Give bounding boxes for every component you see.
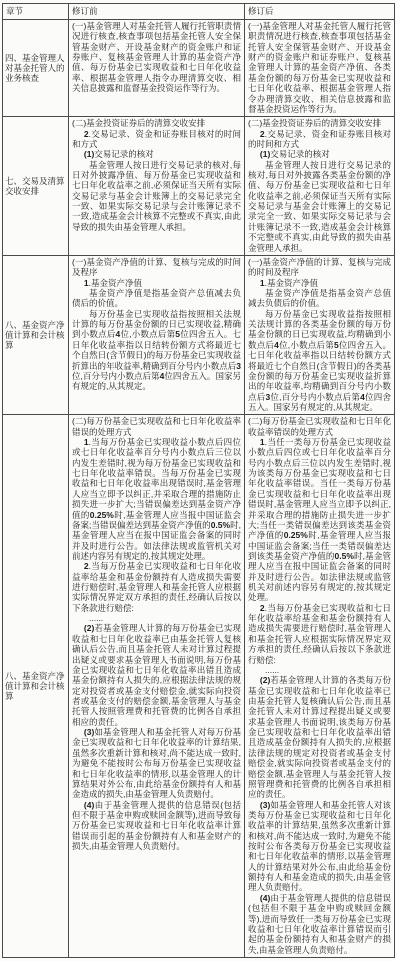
bold-text: 0.5% xyxy=(211,520,230,530)
paragraph: (二)基金投资证券后的清算交收安排 xyxy=(248,118,391,128)
bold-text: 1 xyxy=(84,278,89,288)
paragraph: 2.当每万份基金已实现收益和七日年化收益率给基金和基金份额持有人造成损失需要进行… xyxy=(248,603,391,665)
section-cell: 八、基金资产净值计算和会计核算 xyxy=(3,415,69,958)
after-cell: (一)基金管理人对基金托管人履行托管职责情况进行核查,核查事项包括基金托管人安全… xyxy=(245,20,395,117)
paragraph: (二)基金投资证券后的清算交收安排 xyxy=(72,118,241,128)
after-cell: (二)每万份基金已实现收益和七日年化收益率错误的处理方式1.当任一类每万份基金已… xyxy=(245,415,395,958)
section-cell: 七、交易及清算交收安排 xyxy=(3,117,69,256)
paragraph: (1)交易记录的核对 xyxy=(72,149,241,159)
paragraph: ...... xyxy=(72,613,241,623)
bold-text: (2) xyxy=(84,623,94,633)
bold-text: 1 xyxy=(84,437,89,447)
column-header-before: 修订前 xyxy=(69,4,245,20)
bold-text: 4 xyxy=(160,371,165,381)
paragraph: 2.当每万份基金已实现收益和七日年化收益率给基金和基金份额持有人造成损失需要进行… xyxy=(72,561,241,613)
bold-text: (4) xyxy=(260,893,270,903)
revision-table-body: 四、基金管理人对基金托管人的业务核查(一)基金管理人对基金托管人履行托管职责情况… xyxy=(3,20,395,958)
bold-text: (1) xyxy=(84,149,94,159)
bold-text: 0.25% xyxy=(90,510,114,520)
bold-text: 0.5% xyxy=(335,551,354,561)
bold-text: 5 xyxy=(175,329,180,339)
after-cell: (一)基金资产净值的计算、复核与完成的时间及程序1.基金资产净值基金资产净值是指… xyxy=(245,255,395,414)
bold-text: 2 xyxy=(260,129,265,139)
bold-text: 1 xyxy=(260,278,265,288)
bold-text: 4 xyxy=(360,392,365,402)
paragraph: 1.当每万份基金已实现收益小数点后四位或七日年化收益率百分号内小数点后三位以内发… xyxy=(72,437,241,561)
bold-text: (3) xyxy=(260,800,270,810)
paragraph: (2)若基金管理人计算的各类每万份基金已实现收益和七日年化收益率已由基金托管人复… xyxy=(248,675,391,799)
paragraph: 2.交易记录、资金和证券账目核对的时间和方式 xyxy=(72,129,241,150)
bold-text: 2 xyxy=(84,129,89,139)
bold-text: 5 xyxy=(334,340,339,350)
section-cell: 四、基金管理人对基金托管人的业务核查 xyxy=(3,20,69,117)
table-header-row: 章节 修订前 修订后 xyxy=(3,4,395,20)
bold-text: 4 xyxy=(116,329,121,339)
bold-text: (2) xyxy=(260,675,270,685)
before-cell: (二)基金投资证券后的清算交收安排2.交易记录、资金和证券账目核对的时间和方式(… xyxy=(69,117,245,256)
bold-text: (1) xyxy=(260,149,270,159)
before-cell: (二)每万份基金已实现收益和七日年化收益率错误的处理方式1.当每万份基金已实现收… xyxy=(69,415,245,958)
bold-text: 2 xyxy=(260,603,265,613)
before-cell: (一)基金资产净值的计算、复核与完成的时间及程序1.基金资产净值基金资产净值是指… xyxy=(69,255,245,414)
column-header-section: 章节 xyxy=(3,4,69,20)
table-row: 四、基金管理人对基金托管人的业务核查(一)基金管理人对基金托管人履行托管职责情况… xyxy=(3,20,395,117)
bold-text: 3 xyxy=(265,392,270,402)
paragraph: (3)如基金管理人和基金托管人对每万份基金已实现收益和七日年化收益率的计算结果,… xyxy=(72,727,241,800)
bold-text: 1 xyxy=(260,437,265,447)
paragraph: (二)每万份基金已实现收益和七日年化收益率错误的处理方式 xyxy=(248,416,391,437)
page: 章节 修订前 修订后 四、基金管理人对基金托管人的业务核查(一)基金管理人对基金… xyxy=(2,3,394,958)
paragraph: 每万份基金已实现收益指按照相关法规计算的各类基金份额的每万份基金份额的日已实现收… xyxy=(248,309,391,413)
paragraph: ...... xyxy=(248,665,391,675)
column-header-after: 修订后 xyxy=(245,4,395,20)
paragraph: 基金资产净值是指基金资产总值减去负债后的价值。 xyxy=(72,288,241,309)
paragraph: (一)基金管理人对基金托管人履行托管职责情况进行核查,核查事项包括基金托管人安全… xyxy=(248,21,391,114)
paragraph: (二)每万份基金已实现收益和七日年化收益率错误的处理方式 xyxy=(72,416,241,437)
paragraph: 基金管理人按日进行交易记录的核对,每日对外披露净值、每万份基金已实现收益和七日年… xyxy=(72,160,241,233)
paragraph: 1.基金资产净值 xyxy=(72,278,241,288)
after-cell: (二)基金投资证券后的清算交收安排2.交易记录、资金和证券账目核对的时间和方式(… xyxy=(245,117,395,256)
paragraph: (2)若基金管理人计算的每万份基金已实现收益和七日年化收益率已由基金托管人复核确… xyxy=(72,623,241,727)
section-cell: 八、基金资产净值计算和会计核算 xyxy=(3,255,69,414)
paragraph: 基金管理人按日进行交易记录的核对,每日对外披露各类基金份额的净值、每万份基金已实… xyxy=(248,160,391,253)
paragraph: (4)由于基金管理人提供的信息错误(包括但不限于基金申购或赎回金额等),进而导致… xyxy=(248,893,391,955)
paragraph: (1)交易记录的核对 xyxy=(248,149,391,159)
paragraph: (一)基金资产净值的计算、复核与完成的时间及程序 xyxy=(248,257,391,278)
paragraph: 1.当任一类每万份基金已实现收益小数点后四位或七日年化收益率百分号内小数点后三位… xyxy=(248,437,391,603)
bold-text: 0.25% xyxy=(284,530,308,540)
table-row: 八、基金资产净值计算和会计核算(一)基金资产净值的计算、复核与完成的时间及程序1… xyxy=(3,255,395,414)
revision-comparison-table: 章节 修订前 修订后 四、基金管理人对基金托管人的业务核查(一)基金管理人对基金… xyxy=(2,3,395,958)
paragraph: (一)基金资产净值的计算、复核与完成的时间及程序 xyxy=(72,257,241,278)
paragraph: (4)由于基金管理人提供的信息错误(包括但不限于基金申购或赎回金额等),进而导致… xyxy=(72,800,241,852)
paragraph: 2.交易记录、资金和证券账目核对的时间和方式 xyxy=(248,129,391,150)
bold-text: 4 xyxy=(274,340,279,350)
bold-text: 3 xyxy=(236,361,241,371)
paragraph: (一)基金管理人对基金托管人履行托管职责情况进行核查,核查事项包括基金托管人安全… xyxy=(72,21,241,94)
paragraph: (3)如基金管理人和基金托管人对该类每万份基金已实现收益和七日年化收益率的计算结… xyxy=(248,800,391,893)
paragraph: 1.基金资产净值 xyxy=(248,278,391,288)
bold-text: 2 xyxy=(84,561,89,571)
paragraph: 每万份基金已实现收益指按照相关法规计算的每万份基金份额的日已实现收益,精确到小数… xyxy=(72,309,241,392)
before-cell: (一)基金管理人对基金托管人履行托管职责情况进行核查,核查事项包括基金托管人安全… xyxy=(69,20,245,117)
bold-text: (3) xyxy=(84,727,94,737)
bold-text: (4) xyxy=(84,800,94,810)
table-row: 八、基金资产净值计算和会计核算(二)每万份基金已实现收益和七日年化收益率错误的处… xyxy=(3,415,395,958)
paragraph: 基金资产净值是指基金资产总值减去负债后的价值。 xyxy=(248,288,391,309)
table-row: 七、交易及清算交收安排(二)基金投资证券后的清算交收安排2.交易记录、资金和证券… xyxy=(3,117,395,256)
